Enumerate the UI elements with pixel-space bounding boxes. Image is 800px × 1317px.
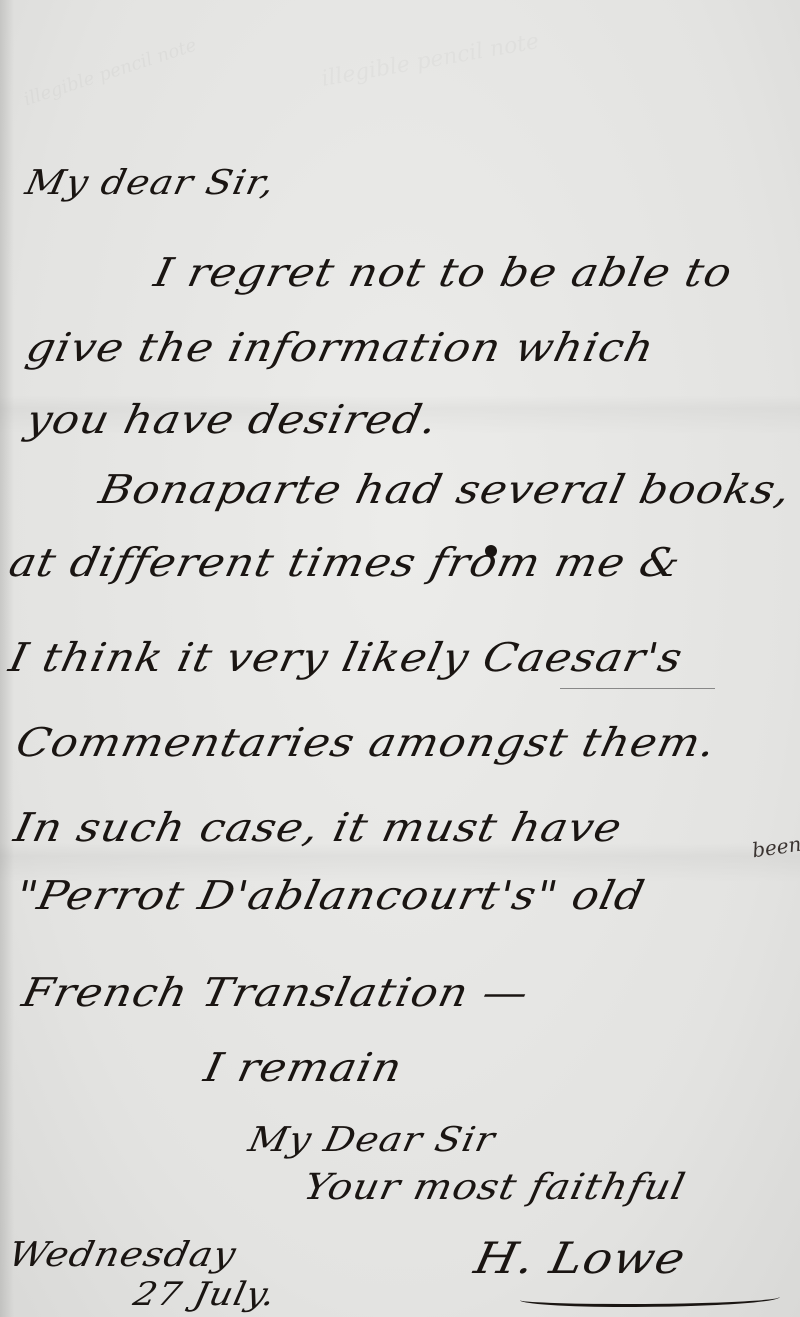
date-weekday: Wednesday [5,1234,240,1274]
body-line-6: I think it very likely Caesar's [5,635,687,681]
body-line-10: French Translation — [18,970,533,1016]
signature-flourish [520,1290,780,1307]
date-day-month: 27 July. [130,1276,279,1313]
pencil-annotation: illegible pencil note [21,35,199,111]
pencil-annotation: illegible pencil note [320,29,541,92]
body-line-5: at different times from me & [5,540,685,586]
body-line-2: give the information which [22,325,659,371]
body-line-8: In such case, it must have [10,805,626,851]
closing-line-1: I remain [200,1045,407,1091]
body-line-3: you have desired. [22,397,442,443]
body-line-9: "Perrot D'ablancourt's" old [12,873,649,919]
closing-line-2: My Dear Sir [245,1119,499,1159]
closing-line-3: Your most faithful [300,1167,689,1208]
letter-page: illegible pencil note illegible pencil n… [0,0,800,1317]
inserted-word: been [751,832,800,863]
signature: H. Lowe [470,1234,690,1284]
salutation: My dear Sir, [22,162,279,202]
body-line-1: I regret not to be able to [150,250,737,296]
body-line-4: Bonaparte had several books, [95,467,795,513]
caesar-underline [560,688,715,689]
body-line-7: Commentaries amongst them. [12,720,720,766]
